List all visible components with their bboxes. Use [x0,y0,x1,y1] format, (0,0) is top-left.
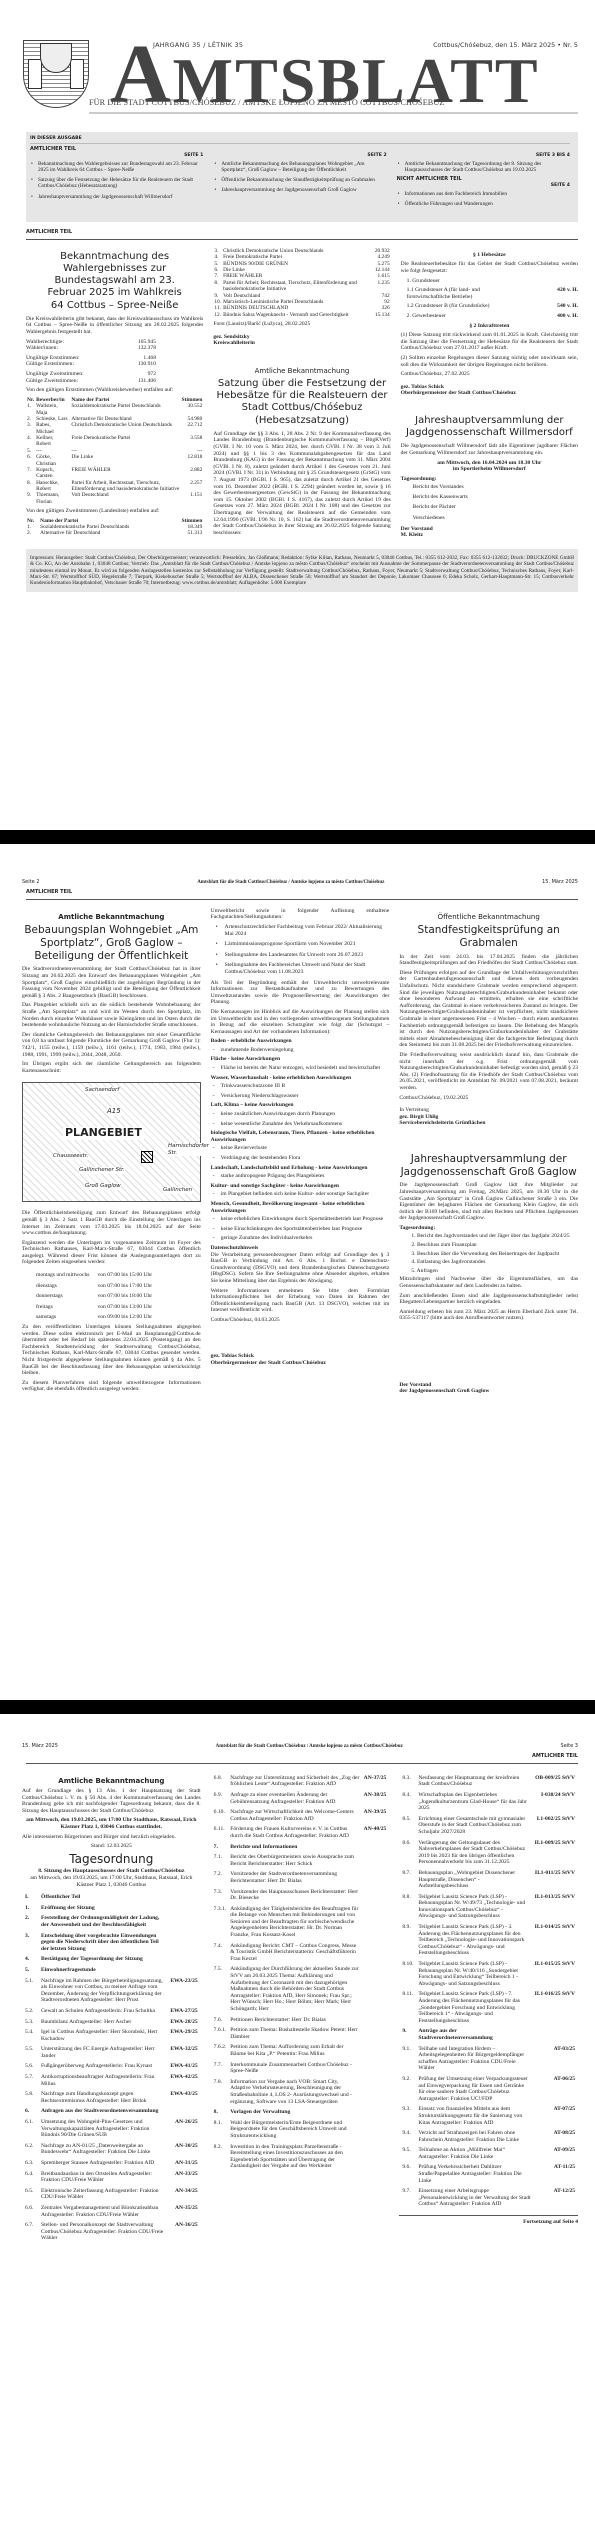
protected-goods-list: Boden - erhebliche Auswirkungenzunehmend… [211,1038,390,1242]
table-row: 2.Alternative für Deutschland51.313 [26,530,203,536]
article-title: Standfestigkeitsprüfung an Grabmalen [399,924,578,950]
agenda-item: 8.7.Bebauungsplan „Wohngebiet Dissenchen… [401,1869,576,1891]
signature: gez. Tobias SchickOberbürgermeister der … [211,1353,390,1366]
agenda-item: 8.1.Wahl der Bürgermeisterin/Erste Beige… [213,2119,388,2141]
agenda-item: 8.11.Teilgebiet Lausitz Science Park (LS… [401,1990,576,2025]
agenda-item: 7.5.Ankündigung der Durchführung der akt… [213,1965,388,2013]
agenda-item: 5.8.Nachfrage zum Handlungskonzept gegen… [24,2090,199,2105]
list-item: Fläche ist bereits der Natur entzogen, w… [211,1065,390,1072]
continued-note: Fortsetzung auf Seite 4 [399,2215,578,2226]
agenda-item: 8.Vorlagen der Verwaltung [213,2108,388,2117]
site-map: Sachsendorf A15 PLANGEBIET Chausseestr. … [22,1082,201,1202]
page-divider [0,1700,595,1714]
agenda-col-2: 6.8.Nachfrage zur Unterstützung und Sich… [211,1772,390,2245]
agenda-item: 6.3.Spremberger Stausee Anfragesteller: … [24,2159,199,2168]
plan-area-marker [141,1151,153,1163]
toc-item[interactable]: Jahreshauptversammlung der Jagdgenossens… [30,194,203,200]
masthead: JAHRGANG 35 / LĚTNIK 35 Cottbus/Chóśebuz… [0,0,595,110]
first-vote-table: Nr.Bewerber/inName der ParteiStimmen1.Wa… [26,397,203,505]
agenda-item: 7.6.Petitionen Berichterstatter: Herr Dr… [213,2016,388,2025]
second-vote-table: Nr.Name der ParteiStimmen1.Sozialdemokra… [26,518,203,537]
page-divider [0,830,595,844]
agenda-item: 6.Anfragen aus der Stadtverordnetenversa… [24,2107,199,2116]
toc-item[interactable]: Amtliche Bekanntmachung des Bebauungspla… [213,161,386,174]
agenda-item: 5.7.Antikorruptionsbeauftragter Anfrages… [24,2073,199,2088]
agenda-item: I.Öffentlicher Teil [24,1893,199,1902]
agenda-item: 9.6.Prüfung Verkehrssicherheit Dahlitzer… [401,2163,576,2185]
table-row: 8.Hanschke, RobertPartei für Arbeit, Rec… [26,480,203,493]
list-item: keine wesentliche Zunahme des Verkehrsau… [211,1121,390,1128]
agenda-item: 8.5.Errichtung einer Gesamtschule mit gy… [401,1815,576,1837]
agenda-col-1: Amtliche Bekanntmachung Auf der Grundlag… [22,1772,201,2245]
signature: gez. SendsitzkyKreiswahlleiterin [213,334,390,347]
list-item: 4. Entlastung des Jagdvorstandes [411,1258,578,1267]
list-item: Artenschutzrechtlicher Fachbeitrag vom F… [211,924,390,937]
election-result-article: Bekanntmachung des Wahlergebnisses zur B… [26,248,203,539]
table-row: 8.Partei für Arbeit, Rechtsstaat, Tiersc… [213,280,390,293]
signature: Der VorstandM. Kleitz [401,526,578,539]
agenda-item: 6.2.Nachfrage zu AN-01/25 „Datenweiterga… [24,2142,199,2157]
agenda-item: 6.7.Stellen- und Personalkonzept der Sta… [24,2221,199,2243]
agenda-item: 9.1.Teilhabe und Integration fördern – A… [401,2045,576,2073]
toc-item[interactable]: Bekanntmachung des Wahlergebnisses zur B… [30,161,203,174]
agenda-item: 5.3.Baumbilanz Anfragesteller: Herr Asch… [24,2018,199,2027]
agenda-item: 3.Entscheidung über vorgebrachte Einwend… [24,1932,199,1954]
agenda-item: 8.10.Teilgebiet Lausitz Science Park (LS… [401,1960,576,1988]
agenda-item: 6.10.Nachfrage zur Wirtschaftlichkeit de… [213,1808,388,1823]
list-item: Versickerung Niederschlagswasser [211,1093,390,1100]
table-row: samstagsvon 09:00 bis 12:00 Uhr [36,1313,158,1322]
agenda-item: 7.7.Interkommunale Zusammenarbeit Cottbu… [213,2061,388,2076]
agenda-item: 5.Einwohnerfragestunde [24,1966,199,1975]
city-coat-of-arms-icon [23,40,89,108]
table-of-contents: IN DIESER AUSGABE AMTLICHER TEIL SEITE 1… [26,132,578,222]
toc-item[interactable]: Amtliche Bekanntmachung der Tagesordnung… [397,161,570,174]
toc-item[interactable]: Satzung über die Festsetzung der Hebesät… [30,177,203,190]
agenda-item: 7.Berichte und Informationen [213,1843,388,1852]
agenda-item: 7.3.1.Ankündigung der Tätigkeitsberichte… [213,1905,388,1940]
agenda-item: 7.8.Information zur Vergabe nach VOB: Sm… [213,2078,388,2106]
running-header: 15. März 2025Amtsblatt für die Stadt Cot… [22,1714,578,1750]
opening-hours: montags und mittwochsvon 07:00 bis 15:00… [34,1269,160,1324]
article-title: Bekanntmachung des Wahlergebnisses zur B… [26,251,203,312]
agenda-item: 8.2.Investition in den Trainingsplatz Pa… [213,2143,388,2171]
list-item: im Plangebiet befinden sich keine Kultur… [211,1191,390,1198]
list-item: Lärmimmissionsprognose Sportlärm vom Nov… [211,941,390,948]
table-row: 6.Görke, ChristianDie Linke12.818 [26,454,203,467]
list-item: keine Revierverluste [211,1145,390,1152]
toc-item[interactable]: Öffentliche Bekanntmachung der Standfest… [213,177,386,183]
list-item: Trinkwasserschutzzone III B [211,1083,390,1090]
agenda-item: 9.2.Prüfung der Umsetzung einer Verpacku… [401,2075,576,2103]
signature: In Vertretunggez. Birgit UhligServiceber… [399,1107,578,1127]
list-item: keine zusätzlichen Auswirkungen durch Pl… [211,1111,390,1118]
agenda-item: 1.Eröffnung der Sitzung [24,1904,199,1913]
agenda-item: 5.5.Unterstützung des FC Energie Anfrage… [24,2045,199,2060]
agenda-title: Tagesordnung [22,1852,201,1867]
agenda-item: 8.9.Teilgebiet Lausitz Science Park (LSP… [401,1923,576,1958]
list-item: geringe Zunahme des Individualverkehrs [211,1235,390,1242]
page-1: JAHRGANG 35 / LĚTNIK 35 Cottbus/Chóśebuz… [0,0,595,830]
list-item: keine Einschränkungen des Sportstättenbe… [211,1226,390,1233]
agenda-item: 9.Anträge aus der Stadtverordnetenversam… [401,2027,576,2042]
table-row: dienstagsvon 07:00 bis 17:00 Uhr [36,1282,158,1291]
agenda-item: 6.4.Breitbandausbau in den Ortsteilen An… [24,2170,199,2185]
agenda-item: 5.1.Nachfrage im Rahmen der Bürgerbeteil… [24,1977,199,2005]
list-item: 3. Beschluss über die Verwendung des Rei… [411,1250,578,1259]
table-row: freitagsvon 07:00 bis 13:00 Uhr [36,1303,158,1312]
agenda-item: 6.1.Umsetzung des Wohngeld-Plus-Gesetzes… [24,2118,199,2140]
section-heading: AMTLICHER TEIL [26,890,578,900]
list-item: Stellungnahme des Fachbereiches Umwelt u… [211,962,390,975]
list-item: 2. Beschluss zum Finanzplan [411,1241,578,1250]
impressum: Impressum: Herausgeber: Stadt Cottbus/Ch… [26,549,578,592]
agenda-item: 7.6.2.Petition zum Thema: Aufforderung z… [213,2043,388,2058]
agenda-table: 8.3.Neufassung der Hauptsatzung der krei… [399,1772,578,2211]
table-row: 4.Kellner, RobertFreie Demokratische Par… [26,435,203,448]
section-heading: AMTLICHER TEIL [26,1754,578,1764]
article-title: Satzung über die Festsetzung der Hebesät… [213,378,390,427]
agenda-item: 6.11.Förderung des Frauen Kulturvereins … [213,1825,388,1840]
page-2: Seite 2Amtsblatt für die Stadt Cottbus/C… [0,844,595,1700]
agenda-item: 7.2.Vorsitzender der Stadtverordnetenver… [213,1870,388,1885]
bplan-article-cont: Umweltbericht sowie in folgender Auflist… [211,908,390,1396]
agenda-item: 7.4.Ankündigung Bericht: CMT – Cottbus C… [213,1942,388,1964]
agenda-item: 8.6.Verlängerung der Geltungsdauer des N… [401,1839,576,1867]
list-item: Verdrängung der bestehenden Flora [211,1155,390,1162]
section-heading: AMTLICHER TEIL [26,230,578,240]
table-row: 9.Thiemann, FlorianVolt Deutschland1.151 [26,492,203,505]
table-row: 7.Kupsch, CarstenFREIE WÄHLER2.882 [26,467,203,480]
publication-subtitle: FÜR DIE STADT COTTBUS/CHÓŚEBUZ / AMTSKE … [89,98,444,108]
agenda-item: 6.8.Nachfrage zur Unterstützung und Sich… [213,1774,388,1789]
right-column: § 1 Hebesätze Die Realsteuerhebesätze fü… [401,248,578,539]
list-item: keine erheblichen Einwirkungen durch Spo… [211,1216,390,1223]
agenda-item: 8.4.Wirtschaftsplan des Eigenbetriebes „… [401,1791,576,1813]
agenda-item: 7.1.Bericht des Oberbürgermeisters sowie… [213,1853,388,1868]
article-title: Bebauungsplan Wohngebiet „Am Sportplatz“… [22,924,201,962]
toc-item[interactable]: Jahreshauptversammlung der Jagdgenossens… [213,187,386,193]
agenda-item: 2.Feststellung der Ordnungsmäßigkeit der… [24,1914,199,1929]
table-row: 1.Wallstein, MajaSozialdemokratische Par… [26,403,203,416]
agenda-item: 8.3.Neufassung der Hauptsatzung der krei… [401,1774,576,1789]
middle-column: 3.Christlich Demokratische Union Deutsch… [213,248,390,539]
agenda-item: 6.9.Anfrage zu einer eventuellen Änderun… [213,1791,388,1806]
table-row: 3.Rabes, MichaelChristlich Demokratische… [26,422,203,435]
agenda-item: 8.8.Teilgebiet Lausitz Science Park (LSP… [401,1893,576,1921]
agenda-item: 6.5.Elektronische Zeiterfassung Anfrages… [24,2187,199,2202]
table-row: 12.Bündnis Sahra Wagenknecht - Vernunft … [213,312,390,318]
table-row: montags und mittwochsvon 07:00 bis 15:00… [36,1271,158,1280]
agenda-item: 5.2.Gewalt an Schulen Anfragestellerin: … [24,2007,199,2016]
list-item: Stellungnahme des Landesamtes für Umwelt… [211,952,390,959]
second-vote-table-cont: 3.Christlich Demokratische Union Deutsch… [213,248,390,318]
article-title: Jahreshauptversammlung der Jagdgenossens… [399,1153,578,1179]
agenda-item: 9.4.Verzicht auf Strafanzeigen bei Fahre… [401,2129,576,2144]
agenda-item: 7.6.1.Petition zum Thema: Bushaltestelle… [213,2026,388,2041]
agenda-item: 5.6.Fußgängerüberweg Anfragestellerin: F… [24,2062,199,2071]
agenda-item: 9.3.Einsatz von finanziellen Mitteln aus… [401,2105,576,2127]
toc-item[interactable]: Informationen aus dem Fachbereich Immobi… [397,191,570,197]
grabmal-article: Öffentliche Bekanntmachung Standfestigke… [399,908,578,1396]
agenda-item: 6.6.Zentrales Vergabemanagement und Büro… [24,2204,199,2219]
bplan-article: Amtliche Bekanntmachung Bebauungsplan Wo… [22,908,201,1396]
toc-item[interactable]: Öffentliche Führungen und Wanderungen [397,201,570,207]
signature: gez. Tobias SchickOberbürgermeister der … [401,384,578,397]
running-header: Seite 2Amtsblatt für die Stadt Cottbus/C… [22,844,578,886]
agenda-table: 6.8.Nachfrage zur Unterstützung und Sich… [211,1772,390,2173]
list-item: 1. Bericht des Jagdvorstandes und der Jä… [411,1232,578,1241]
agenda-item: 5.4.Igel in Cottbus Anfragesteller: Herr… [24,2028,199,2043]
table-row: donnerstagsvon 07:00 bis 18:00 Uhr [36,1292,158,1301]
article-title: Jahreshauptversammlung der Jagdgenossens… [401,415,578,439]
toc-heading: IN DIESER AUSGABE [30,136,570,144]
list-item: starke anthropogene Prägung des Plangebi… [211,1173,390,1180]
agenda-item: 4.Bestätigung der Tagesordnung der Sitzu… [24,1955,199,1964]
agenda-item: 9.7.Einsetzung einer Arbeitsgruppe „Pers… [401,2187,576,2209]
signature: Der Vorstandder Jagdgenossenschaft Groß … [399,1382,578,1395]
list-item: 5. Anfragen [411,1267,578,1276]
agenda-item: 9.5.Teilnahme an Aktion „Müllfreier Mai“… [401,2146,576,2161]
page-3: 15. März 2025Amtsblatt für die Stadt Cot… [0,1714,595,2536]
agenda-item: 7.3.Vorsitzender des Hauptausschusses Be… [213,1888,388,1903]
tax-rates: 1. Grundsteuer 1.1 Grundsteuer A (für la… [401,278,578,320]
election-stats: Wahlberechtigte:165.945 Wähler/innen:132… [26,339,203,385]
agenda-col-3: 8.3.Neufassung der Hauptsatzung der krei… [399,1772,578,2245]
agenda-table: I.Öffentlicher Teil1.Eröffnung der Sitzu… [22,1891,201,2245]
list-item: zunehmende Bodenversiegelung [211,1047,390,1054]
